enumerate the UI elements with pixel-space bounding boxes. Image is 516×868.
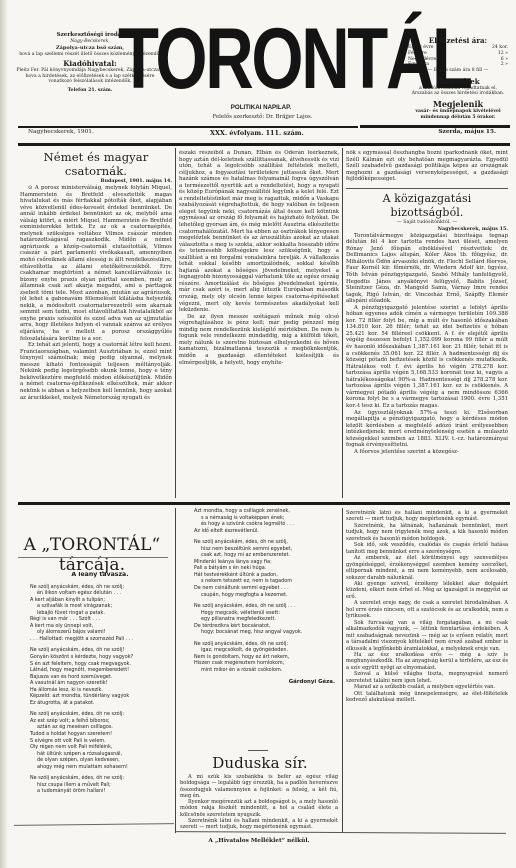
- article-paragraph: északi részeiből a Dunán, Elbán és Oderá…: [179, 150, 339, 314]
- poem-line: . . . Hallottad: megjött a szomszéd Pali…: [30, 636, 170, 643]
- price-value: 2 »: [501, 62, 508, 68]
- story-paragraph: Szóval a külső világba tiszta, megnyugvá…: [346, 671, 508, 684]
- poem-title: A leány tavasza.: [30, 572, 170, 579]
- article-paragraph: Torontálvármegye közigazgatási bizottság…: [346, 233, 508, 305]
- article-column-1: Német és magyar csatornák. Budapest, 190…: [20, 150, 172, 500]
- price-label: Egy hóra: [408, 62, 429, 68]
- story-paragraph: Szeretnénk látni és hallani mindenkit, a…: [180, 818, 338, 831]
- story-paragraph: Sok idő, sok vesződés, csalódás és csapá…: [346, 542, 508, 555]
- poem-column-1: A leány tavasza. Ne szólj anyácskám, éde…: [30, 572, 170, 830]
- story-paragraph: Szeretnénk látni és hallani mindenkit, a…: [346, 510, 508, 523]
- story-paragraph: Az emberek, az élet körülményei egy szen…: [346, 555, 508, 581]
- story-paragraph: Ilyenkor megérezzük azt a boldogságot is…: [180, 799, 338, 818]
- page-bottom-rule: [176, 831, 506, 834]
- dateline-place: Nagybecskerek, 1901.: [28, 129, 94, 135]
- poem-stanza: Ne szólj anyácskám, édes, óh ne szólj: i…: [194, 641, 339, 674]
- story-paragraph: A szeretet ereje nagy, de csak a szerete…: [346, 600, 508, 619]
- header-rule: [360, 125, 510, 128]
- story-title: Duduska sír.: [180, 754, 340, 772]
- page-edge-shadow: [0, 0, 8, 868]
- section-divider: [346, 188, 508, 189]
- poem-stanza: Ne szólj anyácskám, édes, óh ne szólj: h…: [30, 775, 170, 795]
- story-paragraph: Ott találhatunk még ünnepelemségre, az é…: [346, 691, 508, 704]
- article2-headline: A közigazgatási bizottságból.: [346, 192, 508, 220]
- ads-heading: Hirdetések: [408, 77, 508, 86]
- masthead-editor: Felelős szerkesztő: Dr. Bräjjer Lajos.: [180, 114, 345, 120]
- column-divider: [175, 508, 176, 833]
- story-paragraph: A mi szűk kis szobánkba is befér az egés…: [180, 774, 338, 799]
- feuilleton-rule: [18, 502, 510, 505]
- header-rule: [18, 126, 358, 128]
- poem-stanza: Ne szólj anyácskám, édes, óh ne szólj, h…: [194, 539, 339, 598]
- story-paragraph: Aki gyenge szivvel, érzékeny lélekkel ak…: [346, 581, 508, 600]
- story-paragraph: Sok furcsaság van a világ forgatagában, …: [346, 620, 508, 652]
- story-column-1: A mi szűk kis szobánkba is befér az egés…: [180, 774, 338, 832]
- article-paragraph: A főorvos jelentése szerint a közegész-: [346, 449, 508, 456]
- ornament-rule: [248, 750, 268, 751]
- masthead-subtitle: POLITIKAI NAPILAP.: [196, 104, 326, 111]
- appears-text: vasár- és ünnepnapok kivételével mindenn…: [408, 109, 508, 120]
- dateline-volume: XXX. évfolyam. 111. szám.: [210, 129, 304, 137]
- newspaper-page: Szerkesztőségi iroda: Nagy-Becskerek, Zá…: [0, 0, 516, 868]
- poem-author: Gárdonyi Géza.: [194, 679, 339, 686]
- newspaper-title: TORONTÁL: [118, 16, 375, 102]
- dateline-rule: [18, 143, 510, 146]
- article-headline: Német és magyar csatornák.: [20, 150, 172, 178]
- single-issue-price: — Egyes szám ára 8 fill —: [408, 68, 508, 74]
- poem-stanza: Ne szólj anyácskám, édes, óh ne szólj: A…: [30, 711, 170, 770]
- feuilleton-heading: A „TORONTÁL“ tárcája.: [14, 535, 170, 575]
- column-divider: [342, 508, 343, 833]
- column-divider: [175, 148, 176, 498]
- article-paragraph: De az ilyen messze szétágazó műnek még o…: [179, 314, 339, 366]
- poem-line: mint mikor én a rózsát csókolom.: [194, 667, 339, 674]
- story-paragraph: Ha az ész uralkodása erős — még a szív i…: [346, 652, 508, 671]
- poem-line: csupán, hogy megfogta a kezemet.: [194, 592, 339, 599]
- article-paragraph: Az ügyosztályoknak 57%-a teszi ki. Elsős…: [346, 410, 508, 449]
- appears-heading: Megjelenik: [408, 100, 508, 109]
- poem-stanza: Ne szólj anyácskám, édes, óh ne szólj; é…: [30, 584, 170, 643]
- subscription-heading: Előfizetési ára:: [408, 36, 508, 45]
- ads-text: a kiadóhivatalban fogadtatnak el. Árszab…: [408, 86, 508, 97]
- story-paragraph: Marad az a szűkebb család, a melyben egy…: [346, 684, 508, 690]
- poem-line: hogy: bocsánat meg, hisz angyal vagyok.: [194, 629, 339, 636]
- story-paragraph: Szeretnénk, ha látnának, hallanának benn…: [346, 523, 508, 542]
- poem-stanza: Ne szólj anyácskám, édes, óh ne szólj! G…: [30, 647, 170, 706]
- article-paragraph: ⊙ A porosz ministerválság, melynek folyt…: [20, 185, 172, 342]
- subscription-box: Előfizetési ára: Egész évre24 kor. Fél é…: [408, 36, 508, 120]
- column-divider: [342, 148, 343, 498]
- poem-line: ahogy még nem mulattam sohasem!: [30, 764, 170, 771]
- poem-line: Az idő eltelt észrevétlenül.: [194, 528, 339, 535]
- poem-stanza: Azt mondta, hogy a csillagok zenélnek, s…: [194, 508, 339, 534]
- article-paragraph: nők s egymással összhangba hozni iparkod…: [346, 150, 508, 183]
- feuilleton-heading-rule: [18, 557, 168, 558]
- article-dateline: Budapest, 1901. május 14.: [20, 178, 172, 185]
- dateline-bar: Nagybecskerek, 1901. XXX. évfolyam. 111.…: [22, 129, 502, 141]
- masthead: TORONTÁL: [118, 16, 448, 106]
- footer-note: A „Hivatalos Melléklet“ nélkül.: [176, 838, 342, 844]
- poem-line: Ez átugrotta, át a patakot.: [30, 700, 170, 707]
- poem-column-2: Azt mondta, hogy a csillagok zenélnek, s…: [194, 508, 339, 748]
- poem-stanza: Ne szólj anyácskám, édes, óh ne szólj . …: [194, 603, 339, 636]
- poem-line: a tudományát öröm hallani!: [30, 788, 170, 795]
- article-column-2: északi részeiből a Dunán, Elbán és Oderá…: [179, 150, 339, 498]
- story-column-2: Szeretnénk látni és hallani mindenkit, a…: [346, 510, 508, 815]
- article-paragraph: Ez tehát azt jelenti, hogy a csatornát l…: [20, 342, 172, 401]
- article-paragraph: A pénzügyigazgató jelentése szerint a le…: [346, 305, 508, 410]
- article2-dateline: Nagybecskerek, május 15.: [346, 226, 508, 233]
- dateline-date: Szerda, május 15.: [438, 129, 496, 135]
- article-column-3: nők s egymással összhangba hozni iparkod…: [346, 150, 508, 500]
